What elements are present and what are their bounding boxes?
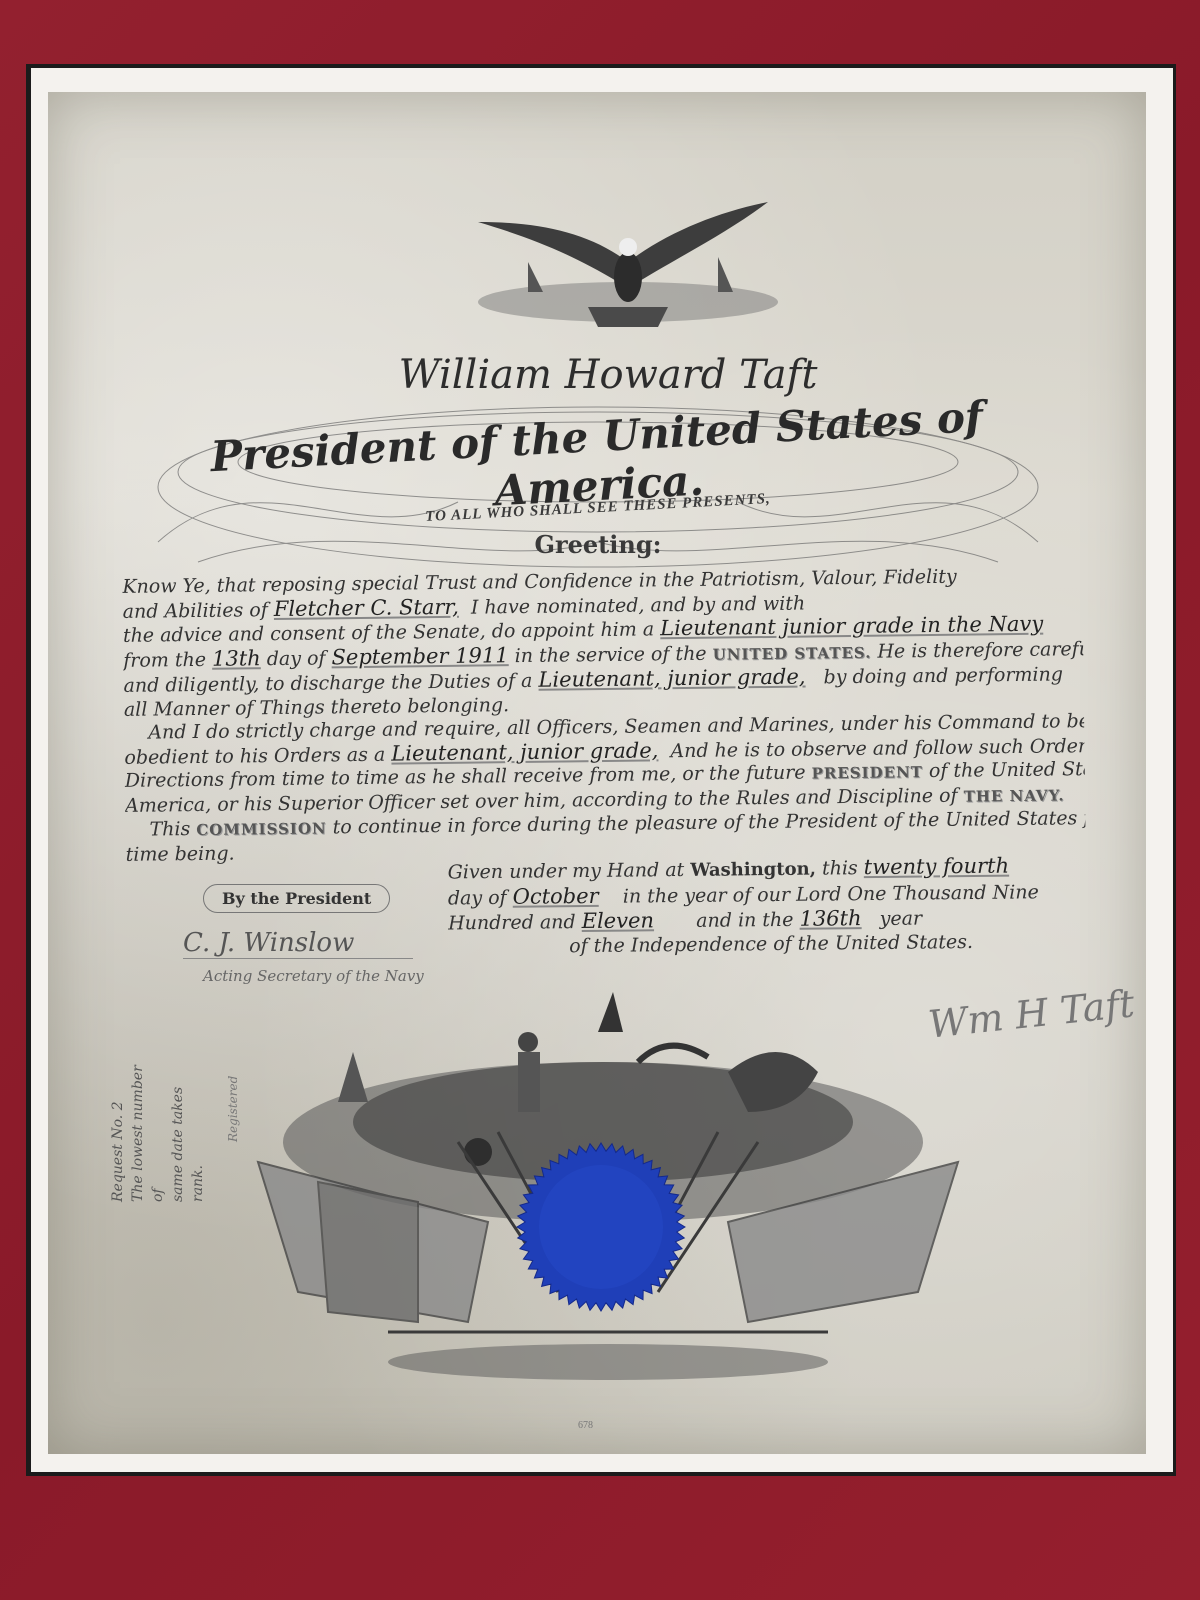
handwritten-fill: Lieutenant junior grade in the Navy: [660, 612, 1043, 640]
engraved-text: year: [861, 907, 922, 930]
engraved-caps: PRESIDENT: [811, 763, 923, 782]
engraved-text: in the service of the: [508, 642, 712, 666]
handwritten-fill: twenty fourth: [864, 854, 1010, 880]
handwritten-fill: 13th: [212, 646, 261, 671]
handwritten-fill: Lieutenant, junior grade,: [391, 738, 658, 765]
engraved-caps: COMMISSION: [196, 819, 327, 839]
handwritten-fill: Eleven: [582, 908, 655, 933]
by-the-president-label: By the President: [203, 884, 390, 913]
engraved-text: day of: [261, 647, 332, 670]
engraved-caps: UNITED STATES.: [713, 643, 872, 663]
engraved-text: from the: [123, 648, 212, 671]
greeting: Greeting:: [518, 530, 678, 559]
blue-wafer-seal-icon: [516, 1142, 686, 1312]
handwritten-fill: Fletcher C. Starr,: [274, 594, 459, 620]
engraved-caps: THE NAVY.: [964, 786, 1065, 805]
place-name: Washington,: [690, 859, 816, 881]
engraved-text: all Manner of Things thereto belonging.: [124, 694, 509, 721]
commission-document: William Howard Taft President of the Uni…: [48, 92, 1146, 1454]
handwritten-fill: 136th: [799, 906, 861, 931]
engraved-text: This: [125, 818, 196, 841]
engraved-text: of the United States of: [923, 758, 1085, 782]
registration-note: Registered: [226, 1076, 240, 1142]
engraved-text: in the year of our Lord One Thousand Nin…: [599, 881, 1039, 908]
engraved-text: Hundred and: [448, 911, 582, 934]
secretary-signature: C. J. Winslow: [183, 928, 413, 959]
engraved-text: obedient to his Orders as a: [124, 743, 391, 768]
engraved-text: I have nominated, and by and with: [459, 592, 806, 618]
president-name: William Howard Taft: [358, 352, 858, 398]
engraved-text: of the Independence of the United States…: [448, 931, 973, 958]
handwritten-fill: Lieutenant, junior grade,: [538, 665, 805, 692]
engraved-text: and diligently, to discharge the Duties …: [123, 670, 538, 697]
engraved-text: this: [816, 857, 864, 879]
engraved-text: He is therefore carefully: [871, 637, 1083, 662]
given-under-hand-block: Given under my Hand at Washington, this …: [447, 853, 1108, 960]
eagle-vignette-icon: [468, 192, 788, 342]
serial-number: 678: [578, 1420, 593, 1431]
engraved-text: and in the: [654, 909, 800, 933]
handwritten-fill: October: [513, 884, 599, 909]
president-signature: Wm H Taft: [926, 981, 1136, 1046]
commission-body-text: Know Ye, that reposing special Trust and…: [122, 564, 1085, 867]
engraved-text: Given under my Hand at: [448, 859, 691, 884]
engraved-text: And he is to observe and follow such Ord…: [658, 734, 1084, 762]
engraved-text: time being.: [126, 842, 235, 865]
engraved-text: by doing and performing: [805, 663, 1063, 688]
handwritten-fill: September 1911: [331, 643, 508, 669]
engraved-text: and Abilities of: [123, 599, 274, 623]
engraved-text: day of: [448, 887, 513, 910]
